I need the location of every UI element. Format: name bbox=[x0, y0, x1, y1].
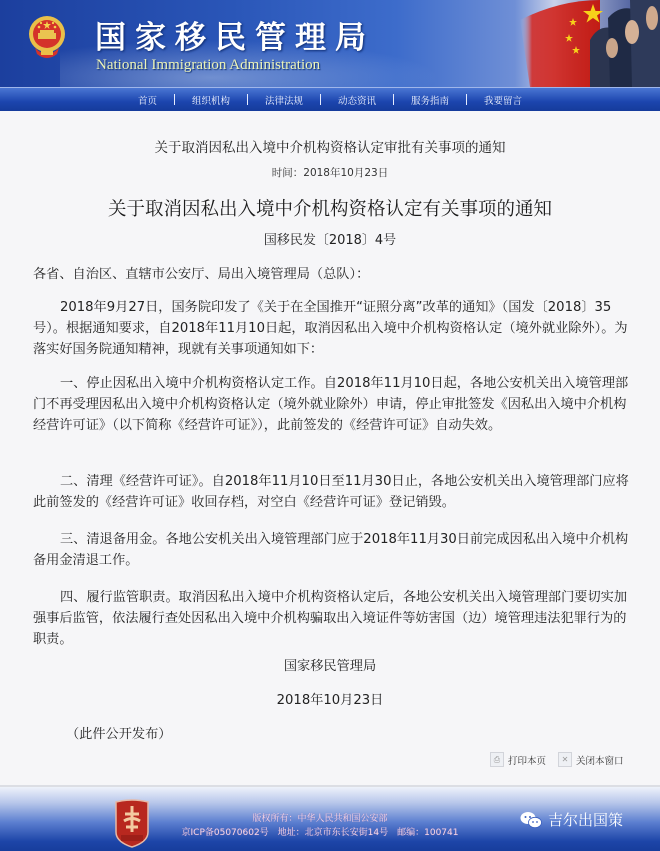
nav-item-message[interactable]: 我要留言 bbox=[467, 93, 539, 107]
copyright-text: 版权所有：中华人民共和国公安部 bbox=[140, 812, 500, 826]
paragraph-item-2: 二、清理《经营许可证》。自2018年11月10日至11月30日止，各地公安机关出… bbox=[33, 471, 633, 513]
paragraph-item-1: 一、停止因私出入境中介机构资格认定工作。自2018年11月10日起，各地公安机关… bbox=[33, 373, 633, 436]
document-title: 关于取消因私出入境中介机构资格认定有关事项的通知 bbox=[0, 195, 660, 221]
site-subtitle: National Immigration Administration bbox=[96, 57, 320, 74]
site-footer: 版权所有：中华人民共和国公安部 京ICP备05070602号 地址：北京市东长安… bbox=[0, 787, 660, 851]
signature-date: 2018年10月23日 bbox=[0, 689, 660, 708]
wechat-account-name: 吉尔出国策 bbox=[548, 809, 623, 830]
print-page-label: 打印本页 bbox=[508, 753, 546, 767]
page-actions: ⎙ 打印本页 ✕ 关闭本窗口 bbox=[490, 752, 624, 767]
header-banner: 国家移民管理局 National Immigration Administrat… bbox=[0, 0, 660, 87]
nav-item-home[interactable]: 首页 bbox=[121, 93, 174, 107]
salutation: 各省、自治区、直辖市公安厅、局出入境管理局（总队）： bbox=[33, 264, 633, 285]
print-page-button[interactable]: ⎙ 打印本页 bbox=[490, 752, 546, 767]
nav-item-laws[interactable]: 法律法规 bbox=[248, 93, 320, 107]
publish-time: 时间：2018年10月23日 bbox=[0, 165, 660, 180]
registration-text: 京ICP备05070602号 地址：北京市东长安街14号 邮编：100741 bbox=[140, 826, 500, 840]
close-window-label: 关闭本窗口 bbox=[576, 753, 624, 767]
flag-and-officers-image bbox=[520, 0, 660, 87]
paragraph-item-3: 三、清退备用金。各地公安机关出入境管理部门应于2018年11月30日前完成因私出… bbox=[33, 529, 633, 571]
national-emblem-icon bbox=[27, 14, 67, 62]
wechat-watermark: 吉尔出国策 bbox=[520, 809, 623, 830]
paragraph-intro: 2018年9月27日，国务院印发了《关于在全国推开“证照分离”改革的通知》（国发… bbox=[33, 297, 633, 360]
document-number: 国移民发〔2018〕4号 bbox=[0, 229, 660, 248]
footer-info: 版权所有：中华人民共和国公安部 京ICP备05070602号 地址：北京市东长安… bbox=[140, 812, 500, 840]
page-title: 关于取消因私出入境中介机构资格认定审批有关事项的通知 bbox=[0, 136, 660, 156]
close-window-button[interactable]: ✕ 关闭本窗口 bbox=[558, 752, 624, 767]
main-nav: 首页 组织机构 法律法规 动态资讯 服务指南 我要留言 bbox=[0, 87, 660, 111]
nav-item-news[interactable]: 动态资讯 bbox=[321, 93, 393, 107]
public-release-note: （此件公开发布） bbox=[66, 723, 172, 742]
printer-icon: ⎙ bbox=[490, 752, 504, 767]
paragraph-item-4: 四、履行监管职责。取消因私出入境中介机构资格认定后，各地公安机关出入境管理部门要… bbox=[33, 587, 633, 650]
close-icon: ✕ bbox=[558, 752, 572, 767]
nav-item-services[interactable]: 服务指南 bbox=[394, 93, 466, 107]
nav-item-organization[interactable]: 组织机构 bbox=[175, 93, 247, 107]
site-title: 国家移民管理局 bbox=[95, 12, 375, 57]
signature: 国家移民管理局 bbox=[0, 655, 660, 674]
wechat-icon bbox=[520, 811, 542, 829]
